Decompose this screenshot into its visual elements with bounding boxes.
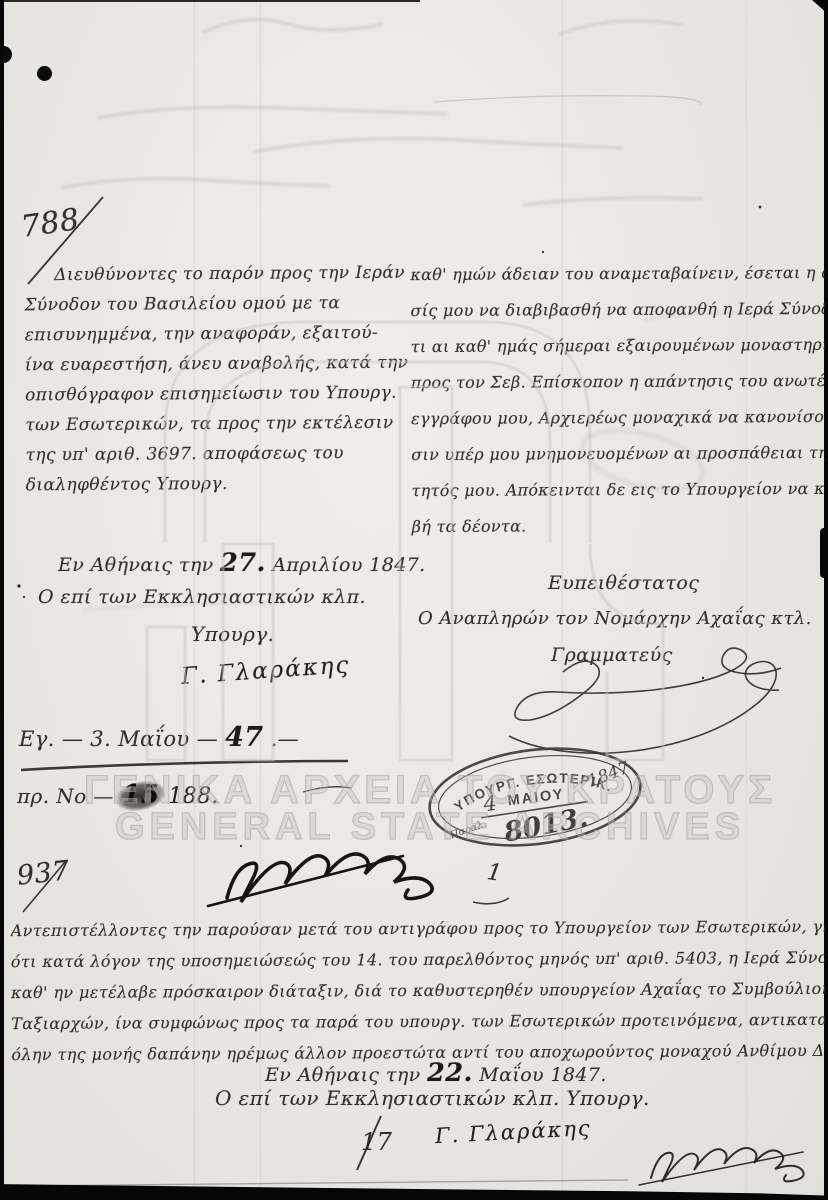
doc-number-937: 937 — [16, 855, 72, 891]
letter1-line: οπισθόγραφον επισημείωσιν του Υπουργ. — [25, 378, 409, 411]
fraction-mark: 17 — [361, 1128, 392, 1156]
document-scan: 788 Διευθύνοντες το παρόν προς την Ιεράν… — [0, 0, 828, 1200]
letter2-line: βή τα δέοντα. — [412, 507, 828, 545]
letter1-body: Διευθύνοντες το παρόν προς την Ιεράν Σύν… — [24, 258, 410, 501]
letter2-line: εγγράφου μου, Αρχιερέως μοναχικά να κανο… — [411, 399, 828, 437]
letter2-line: σίς μου να διαβιβασθή να αποφανθή η Ιερά… — [410, 291, 828, 329]
letter2-line: καθ' ημών άδειαν του αναμεταβαίνειν, έσε… — [410, 255, 828, 293]
stamp-day: 4 — [481, 791, 498, 817]
ministry-receipt-stamp: ΥΠΟΥΡΓ. ΕΣΩΤΕΡΙΚ. 4 ΜΑΙΟΥ 1847 8013. Παρ… — [423, 744, 647, 850]
letter3-body: Αντεπιστέλλοντες την παρούσαν μετά του α… — [11, 911, 828, 1070]
scan-edge-left — [0, 0, 4, 1200]
letter1-line: Σύνοδον του Βασιλείου ομού με τα — [24, 288, 408, 321]
letter1-line: των Εσωτερικών, τα προς την εκτέλεσιν — [25, 408, 409, 441]
punch-hole-dot — [37, 66, 52, 81]
letter2-title2: Γραμματεύς — [551, 644, 673, 666]
letter1-line: της υπ' αριθ. 3697. αποφάσεως του — [25, 438, 409, 471]
letter2-salute: Ευπειθέστατος — [548, 572, 699, 594]
letter2-line: προς τον Σεβ. Επίσκοπον η απάντησις του … — [411, 363, 828, 401]
letter1-line: διαληφθέντος Υπουργ. — [26, 468, 410, 501]
signature-bold-flourish — [208, 854, 432, 906]
protocol-number-note: πρ. Νο — 15 188. — [17, 780, 219, 810]
received-date-note: Εγ. — 3. Μαΐου — 47 .— — [19, 722, 299, 753]
dateline-place: Εν Αθήναις την — [58, 554, 214, 576]
bleed-through-rule — [435, 96, 701, 105]
protocol-number: 188. — [168, 784, 219, 809]
signature-bottom-right-flourish — [639, 1148, 804, 1185]
letter2-line: τητός μου. Απόκεινται δε εις το Υπουργεί… — [411, 471, 828, 509]
letter1-line: ίνα ευαρεστήση, άνευ αναβολής, κατά την — [25, 348, 409, 381]
dateline-day: 27. — [220, 548, 266, 578]
dateline-rest: Απριλίου 1847. — [272, 554, 425, 576]
letter3-line: Ταξιαρχών, ίνα συμφώνως προς τα παρά του… — [11, 1004, 828, 1039]
letter2-line: τι αι καθ' ημάς σήμεραι εξαιρουμένων μον… — [411, 327, 828, 365]
protocol-prefix: πρ. Νο — — [17, 784, 114, 808]
letter2-body: καθ' ημών άδειαν του αναμεταβαίνειν, έσε… — [410, 255, 828, 545]
letter3-line: Αντεπιστέλλοντες την παρούσαν μετά του α… — [11, 911, 828, 946]
received-prefix: Εγ. — 3. Μαΐου — — [19, 727, 218, 751]
received-year: 47 — [225, 722, 263, 753]
letter1-dateline: Εν Αθήναις την 27. Απριλίου 1847. — [58, 548, 426, 578]
letter2-line: σιν υπέρ μου μνημονευομένων αι προσπάθει… — [411, 435, 828, 473]
dateline-rest: Μαΐου 1847. — [479, 1064, 607, 1086]
protocol-blot: 15 — [122, 780, 159, 810]
corner-fold — [812, 0, 828, 14]
tail-protocol — [303, 787, 351, 792]
letter1-line: επισυνημμένα, την αναφοράν, εξαιτού- — [25, 318, 409, 351]
letter3-closing: Ο επί των Εκκλησιαστικών κλπ. Υπουργ. — [215, 1086, 650, 1110]
paper-sheet: 788 Διευθύνοντες το παρόν προς την Ιεράν… — [3, 0, 824, 1200]
letter3-line: ότι κατά λόγον της υποσημειώσεώς του 14.… — [11, 942, 828, 977]
received-suffix: .— — [271, 727, 299, 751]
letter3-dateline: Εν Αθήναις την 22. Μαΐου 1847. — [265, 1058, 607, 1088]
letter2-title1: Ο Αναπληρών τον Νομάρχην Αχαΐας κτλ. — [418, 608, 812, 629]
dateline-day: 22. — [427, 1058, 473, 1088]
underline-received — [21, 761, 348, 770]
letter1-closing2: Υπουργ. — [191, 622, 274, 646]
dateline-place: Εν Αθήναις την — [265, 1064, 421, 1086]
stamp-clerk-note: Παραλ. — [448, 819, 488, 842]
letter3-line: καθ' ην μετέλαβε πρόσκαιρον διάταξιν, δι… — [11, 973, 828, 1008]
scan-edge-notch — [820, 528, 828, 578]
letter1-line: Διευθύνοντες το παρόν προς την Ιεράν — [24, 258, 408, 291]
letter1-closing1: Ο επί των Εκκλησιαστικών κλπ. — [38, 586, 366, 608]
scan-edge-top — [0, 0, 420, 2]
bottom-crease-line — [13, 1180, 628, 1186]
underline-ref-mark — [473, 898, 509, 904]
